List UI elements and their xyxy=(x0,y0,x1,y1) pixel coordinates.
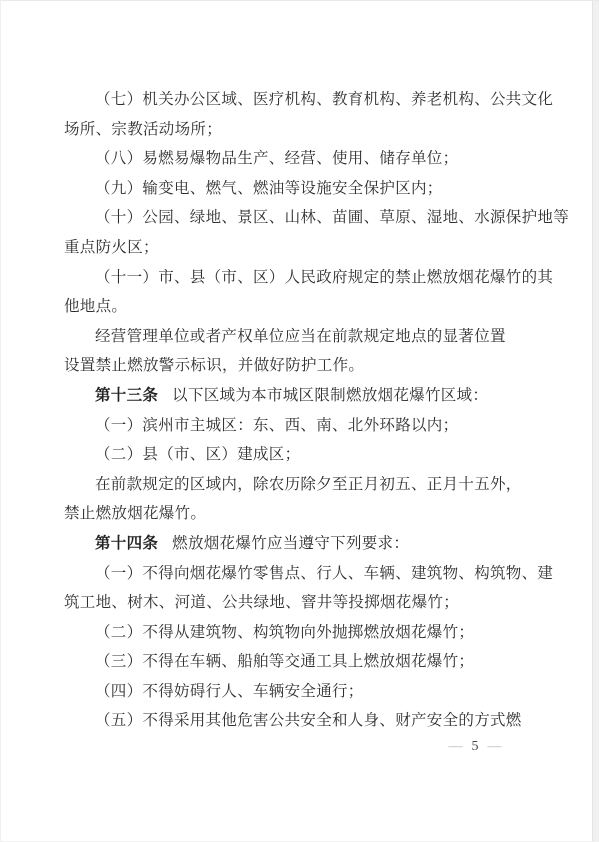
line-text: （五）不得采用其他危害公共安全和人身、财产安全的方式燃 xyxy=(95,712,522,729)
line-text: （一）滨州市主城区：东、西、南、北外环路以内； xyxy=(95,417,458,434)
text-line: （十）公园、绿地、景区、山林、苗圃、草原、湿地、水源保护地等 xyxy=(64,203,534,233)
article-line: 第十四条燃放烟花爆竹应当遵守下列要求： xyxy=(64,529,534,559)
line-text: （八）易燃易爆物品生产、经营、使用、储存单位； xyxy=(95,150,458,167)
text-line: 重点防火区； xyxy=(64,233,534,263)
line-text: （十一）市、县（市、区）人民政府规定的禁止燃放烟花爆竹的其 xyxy=(95,269,553,286)
text-line: 他地点。 xyxy=(64,292,534,322)
text-line: 场所、宗教活动场所； xyxy=(64,115,534,145)
line-text: （四）不得妨碍行人、车辆安全通行； xyxy=(95,683,364,700)
line-text: （二）县（市、区）建成区； xyxy=(95,446,300,463)
document-body: （七）机关办公区域、医疗机构、教育机构、养老机构、公共文化场所、宗教活动场所；（… xyxy=(64,85,534,736)
page-number-dash-left: — xyxy=(440,739,472,754)
text-line: 禁止燃放烟花爆竹。 xyxy=(64,499,534,529)
line-text: （三）不得在车辆、船舶等交通工具上燃放烟花爆竹； xyxy=(95,653,474,670)
text-line: （一）滨州市主城区：东、西、南、北外环路以内； xyxy=(64,411,534,441)
line-text: 以下区域为本市城区限制燃放烟花爆竹区域： xyxy=(172,387,488,404)
article-heading: 第十三条 xyxy=(95,387,158,404)
line-text: （七）机关办公区域、医疗机构、教育机构、养老机构、公共文化 xyxy=(95,91,553,108)
line-text: 他地点。 xyxy=(64,298,127,315)
line-text: 筑工地、树木、河道、公共绿地、窨井等投掷烟花爆竹； xyxy=(64,594,459,611)
line-text: （一）不得向烟花爆竹零售点、行人、车辆、建筑物、构筑物、建 xyxy=(95,565,553,582)
text-line: 经营管理单位或者产权单位应当在前款规定地点的显著位置 xyxy=(64,322,534,352)
text-line: （七）机关办公区域、医疗机构、教育机构、养老机构、公共文化 xyxy=(64,85,534,115)
text-line: （二）不得从建筑物、构筑物向外抛掷燃放烟花爆竹； xyxy=(64,618,534,648)
line-text: 重点防火区； xyxy=(64,239,159,256)
line-text: （二）不得从建筑物、构筑物向外抛掷燃放烟花爆竹； xyxy=(95,624,474,641)
text-line: （九）输变电、燃气、燃油等设施安全保护区内； xyxy=(64,174,534,204)
article-heading: 第十四条 xyxy=(95,535,158,552)
page-number-dash-right: — xyxy=(479,739,511,754)
text-line: （四）不得妨碍行人、车辆安全通行； xyxy=(64,677,534,707)
page-number: —5— xyxy=(405,734,545,760)
text-line: （十一）市、县（市、区）人民政府规定的禁止燃放烟花爆竹的其 xyxy=(64,263,534,293)
document-page: （七）机关办公区域、医疗机构、教育机构、养老机构、公共文化场所、宗教活动场所；（… xyxy=(0,0,599,842)
line-text: （九）输变电、燃气、燃油等设施安全保护区内； xyxy=(95,180,443,197)
text-line: 在前款规定的区域内，除农历除夕至正月初五、正月十五外， xyxy=(64,470,534,500)
line-text: 场所、宗教活动场所； xyxy=(64,121,222,138)
text-line: 设置禁止燃放警示标识，并做好防护工作。 xyxy=(64,351,534,381)
line-text: 禁止燃放烟花爆竹。 xyxy=(64,505,206,522)
page-number-value: 5 xyxy=(472,739,479,754)
line-text: （十）公园、绿地、景区、山林、苗圃、草原、湿地、水源保护地等 xyxy=(95,209,569,226)
line-text: 经营管理单位或者产权单位应当在前款规定地点的显著位置 xyxy=(95,328,506,345)
article-line: 第十三条以下区域为本市城区限制燃放烟花爆竹区域： xyxy=(64,381,534,411)
line-text: 设置禁止燃放警示标识，并做好防护工作。 xyxy=(64,357,364,374)
line-text: 燃放烟花爆竹应当遵守下列要求： xyxy=(172,535,409,552)
text-line: （五）不得采用其他危害公共安全和人身、财产安全的方式燃 xyxy=(64,706,534,736)
text-line: （二）县（市、区）建成区； xyxy=(64,440,534,470)
text-line: 筑工地、树木、河道、公共绿地、窨井等投掷烟花爆竹； xyxy=(64,588,534,618)
text-line: （三）不得在车辆、船舶等交通工具上燃放烟花爆竹； xyxy=(64,647,534,677)
text-line: （八）易燃易爆物品生产、经营、使用、储存单位； xyxy=(64,144,534,174)
scan-edge-shadow xyxy=(592,1,599,841)
text-line: （一）不得向烟花爆竹零售点、行人、车辆、建筑物、构筑物、建 xyxy=(64,559,534,589)
line-text: 在前款规定的区域内，除农历除夕至正月初五、正月十五外， xyxy=(95,476,522,493)
